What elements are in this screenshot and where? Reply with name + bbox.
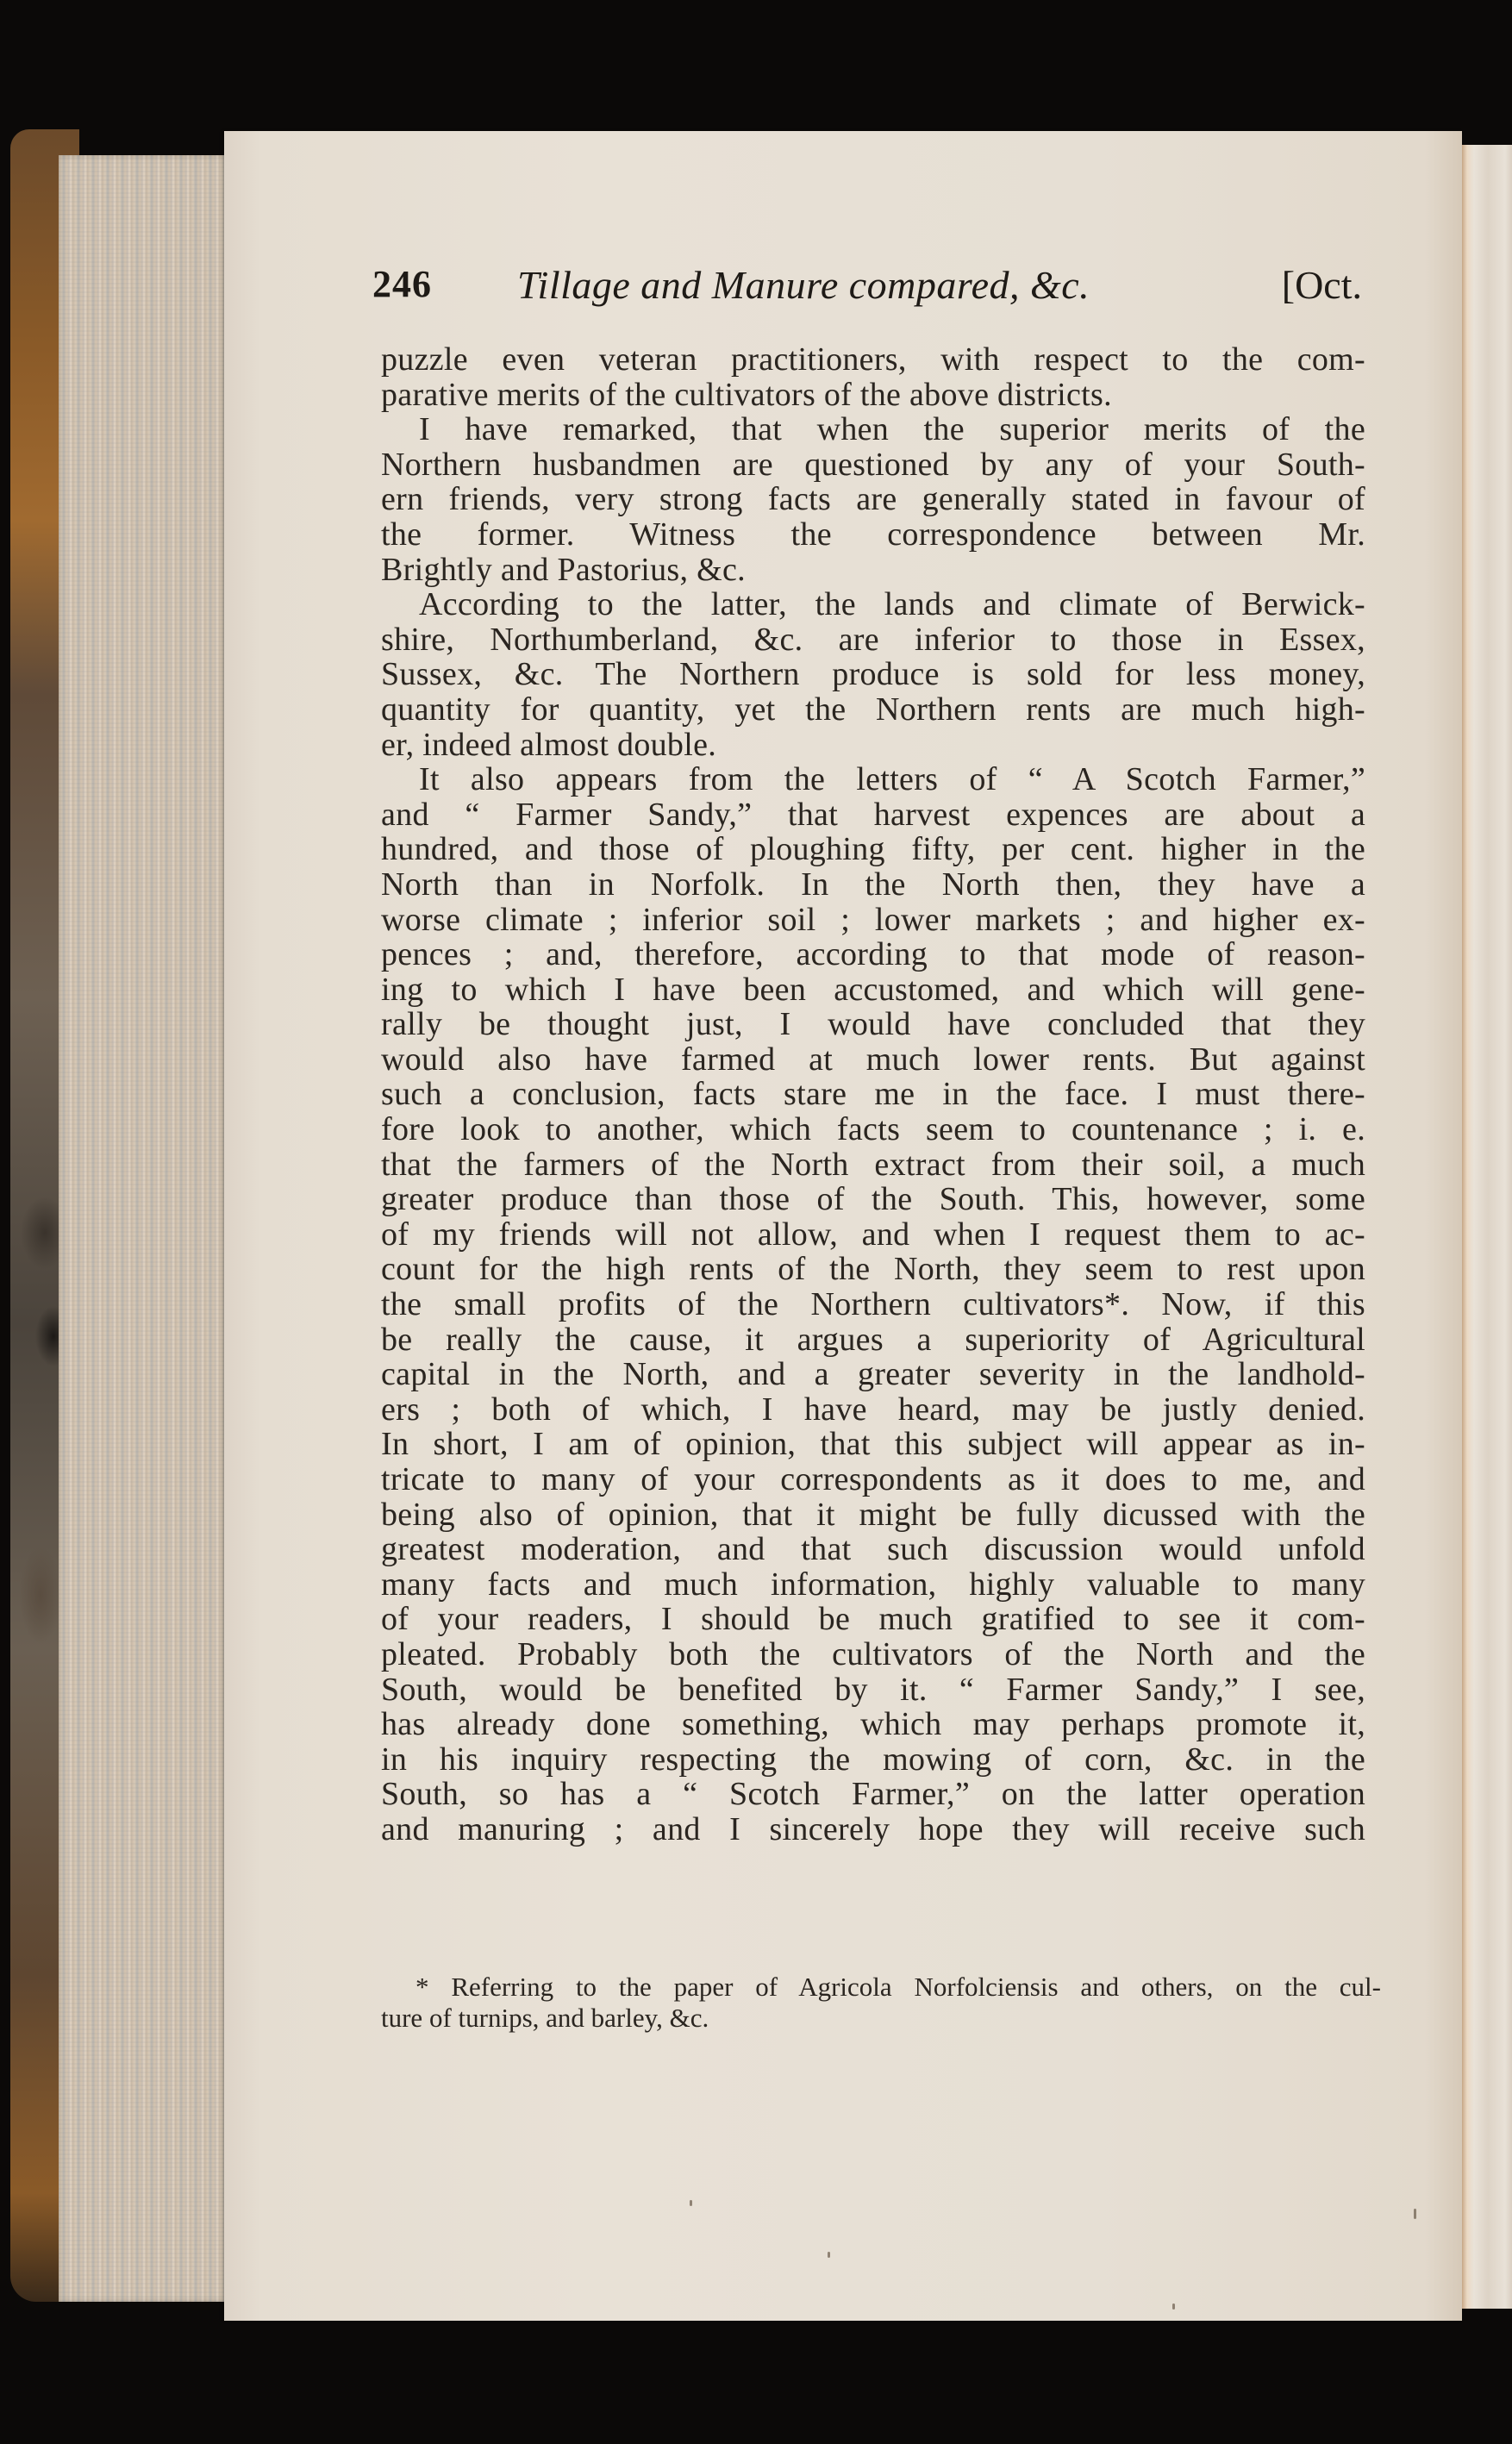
text-line: er, indeed almost double. [381, 728, 1365, 763]
text-line: pences ; and, therefore, according to th… [381, 937, 1365, 972]
book-page: 246 Tillage and Manure compared, &c. [Oc… [224, 131, 1462, 2321]
text-line: the former. Witness the correspondence b… [381, 517, 1365, 553]
text-line: Sussex, &c. The Northern produce is sold… [381, 657, 1365, 692]
text-line: worse climate ; inferior soil ; lower ma… [381, 903, 1365, 938]
text-line: and manuring ; and I sincerely hope they… [381, 1812, 1365, 1847]
running-title: Tillage and Manure compared, &c. [517, 262, 1090, 308]
paper-speck [690, 2200, 692, 2206]
text-line: South, so has a “ Scotch Farmer,” on the… [381, 1777, 1365, 1812]
text-line: quantity for quantity, yet the Northern … [381, 692, 1365, 728]
running-head: 246 Tillage and Manure compared, &c. [Oc… [372, 262, 1362, 314]
text-line: would also have farmed at much lower ren… [381, 1042, 1365, 1078]
text-line: tricate to many of your correspondents a… [381, 1462, 1365, 1497]
footnote: * Referring to the paper of Agricola Nor… [415, 1972, 1381, 2034]
text-line: I have remarked, that when the superior … [381, 412, 1365, 447]
text-line: Northern husbandmen are questioned by an… [381, 447, 1365, 483]
running-month: [Oct. [1282, 262, 1362, 308]
text-line: and “ Farmer Sandy,” that harvest expenc… [381, 797, 1365, 833]
text-line: rally be thought just, I would have conc… [381, 1007, 1365, 1042]
text-line: pleated. Probably both the cultivators o… [381, 1637, 1365, 1672]
text-line: the small profits of the Northern cultiv… [381, 1287, 1365, 1322]
text-line: South, would be benefited by it. “ Farme… [381, 1672, 1365, 1708]
text-line: ern friends, very strong facts are gener… [381, 482, 1365, 517]
text-line: North than in Norfolk. In the North then… [381, 867, 1365, 903]
footnote-line: ture of turnips, and barley, &c. [381, 2003, 1381, 2034]
text-line: of your readers, I should be much gratif… [381, 1602, 1365, 1637]
text-line: fore look to another, which facts seem t… [381, 1112, 1365, 1147]
text-line: parative merits of the cultivators of th… [381, 378, 1365, 413]
text-line: be really the cause, it argues a superio… [381, 1322, 1365, 1358]
text-line: count for the high rents of the North, t… [381, 1252, 1365, 1287]
text-line: puzzle even veteran practitioners, with … [381, 342, 1365, 378]
text-line: ing to which I have been accustomed, and… [381, 972, 1365, 1008]
text-line: of my friends will not allow, and when I… [381, 1217, 1365, 1253]
text-line: According to the latter, the lands and c… [381, 587, 1365, 622]
text-line: that the farmers of the North extract fr… [381, 1147, 1365, 1183]
text-line: hundred, and those of ploughing fifty, p… [381, 832, 1365, 867]
page-number: 246 [372, 262, 432, 306]
body-text: puzzle even veteran practitioners, with … [381, 342, 1365, 1847]
text-line: It also appears from the letters of “ A … [381, 762, 1365, 797]
text-line: has already done something, which may pe… [381, 1707, 1365, 1742]
text-line: many facts and much information, highly … [381, 1567, 1365, 1603]
text-line: greater produce than those of the South.… [381, 1182, 1365, 1217]
text-line: Brightly and Pastorius, &c. [381, 553, 1365, 588]
text-line: greatest moderation, and that such discu… [381, 1532, 1365, 1567]
text-line: being also of opinion, that it might be … [381, 1497, 1365, 1533]
paper-speck [1172, 2303, 1175, 2310]
page-block-edges [59, 155, 228, 2302]
footnote-line: * Referring to the paper of Agricola Nor… [415, 1972, 1381, 2003]
facing-page-edge [1462, 145, 1512, 2309]
paper-speck [828, 2252, 830, 2258]
paper-speck [1414, 2209, 1416, 2219]
text-line: such a conclusion, facts stare me in the… [381, 1077, 1365, 1112]
text-line: in his inquiry respecting the mowing of … [381, 1742, 1365, 1778]
text-line: shire, Northumberland, &c. are inferior … [381, 622, 1365, 658]
text-line: capital in the North, and a greater seve… [381, 1357, 1365, 1392]
text-line: In short, I am of opinion, that this sub… [381, 1427, 1365, 1462]
text-line: ers ; both of which, I have heard, may b… [381, 1392, 1365, 1428]
open-book: 246 Tillage and Manure compared, &c. [Oc… [7, 121, 1512, 2328]
